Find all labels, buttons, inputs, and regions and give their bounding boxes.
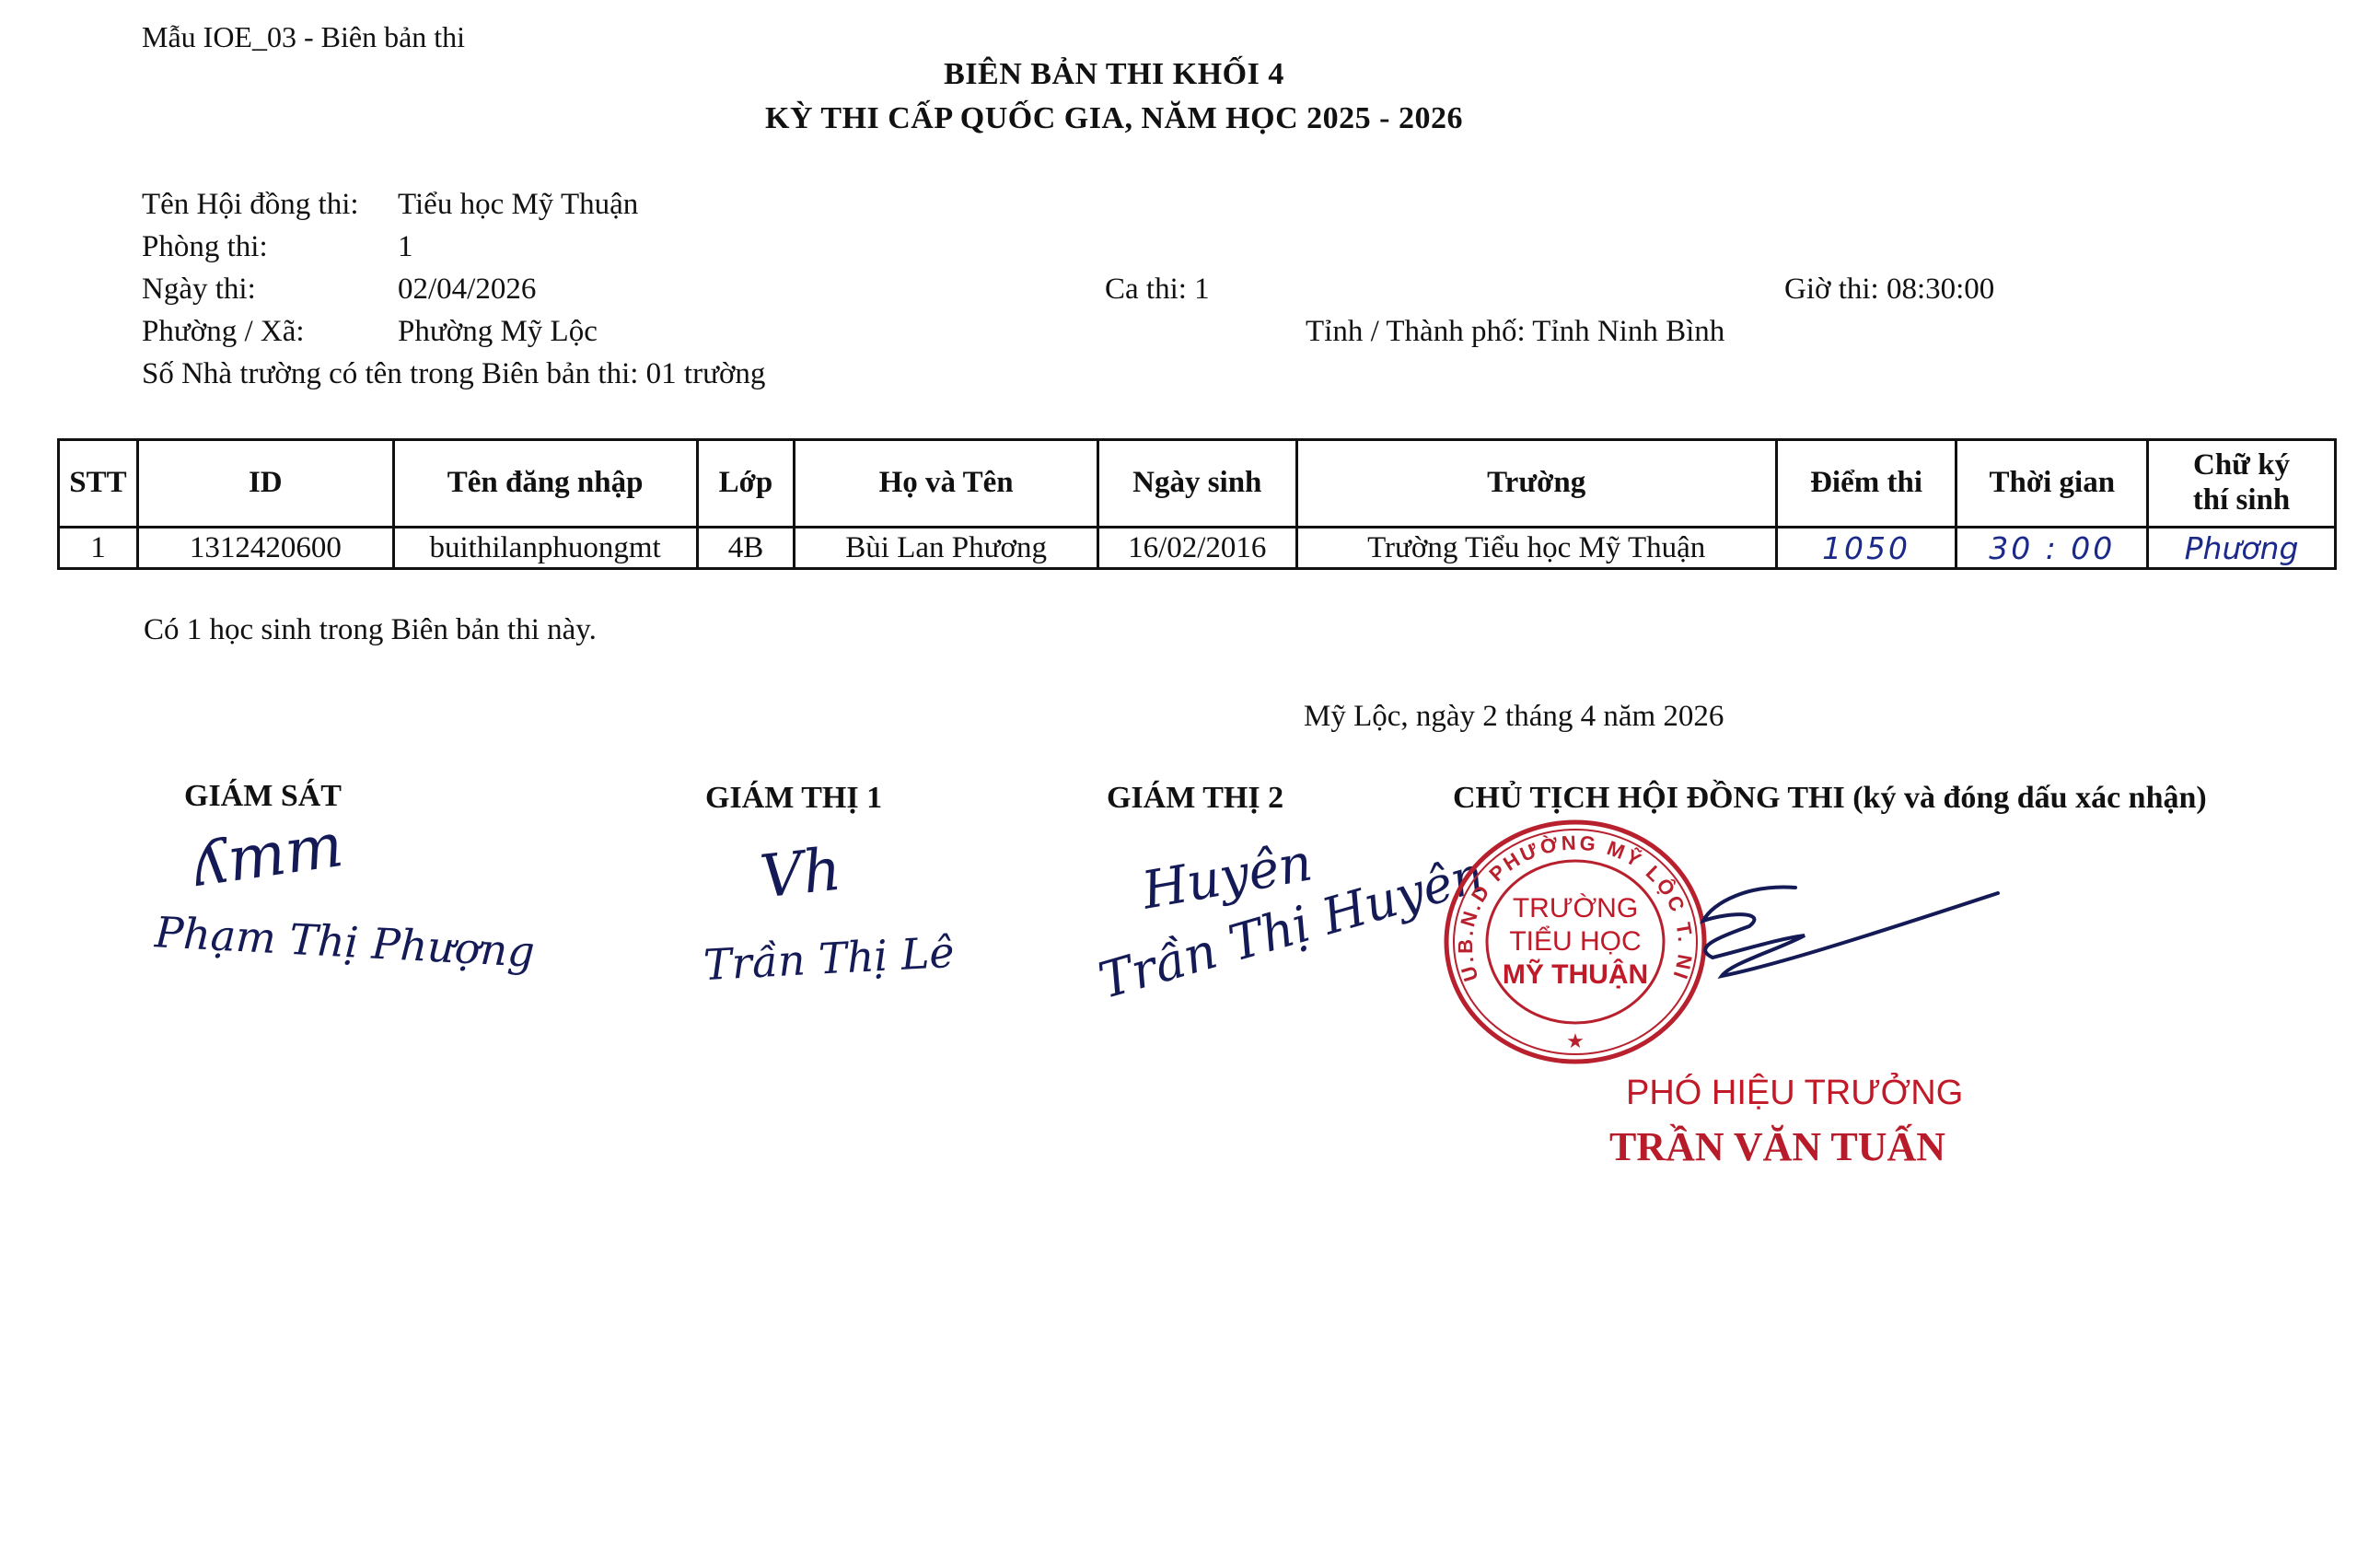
council-value: Tiểu học Mỹ Thuận xyxy=(398,188,638,221)
summary-text: Có 1 học sinh trong Biên bản thi này. xyxy=(144,613,597,647)
svg-text:★: ★ xyxy=(1566,1029,1585,1052)
supervisor-handwritten-name: Phạm Thị Phượng xyxy=(154,907,536,977)
document-subtitle: KỲ THI CẤP QUỐC GIA, NĂM HỌC 2025 - 2026 xyxy=(0,101,2293,136)
room-row: Phòng thi:1 xyxy=(142,230,413,264)
stamp-line1: TRƯỜNG xyxy=(1442,893,1709,924)
candidate-table: STT ID Tên đăng nhập Lớp Họ và Tên Ngày … xyxy=(57,438,2337,570)
ward-value: Phường Mỹ Lộc xyxy=(398,315,598,348)
col-header-time: Thời gian xyxy=(1956,440,2148,528)
cell-username: buithilanphuongmt xyxy=(393,528,697,569)
council-row: Tên Hội đồng thi:Tiểu học Mỹ Thuận xyxy=(142,188,638,222)
exam-time: Giờ thi: 08:30:00 xyxy=(1784,273,1994,307)
cell-name: Bùi Lan Phương xyxy=(795,528,1097,569)
cell-student-signature: Phương xyxy=(2148,528,2336,569)
cell-stt: 1 xyxy=(59,528,138,569)
chair-position: PHÓ HIỆU TRƯỞNG xyxy=(1626,1074,1963,1113)
col-header-id: ID xyxy=(137,440,393,528)
chair-signature-icon xyxy=(1694,875,2007,1013)
chair-title: CHỦ TỊCH HỘI ĐỒNG THI (ký và đóng dấu xá… xyxy=(1453,781,2207,816)
shift: Ca thi: 1 xyxy=(1105,273,1210,307)
cell-dob: 16/02/2016 xyxy=(1097,528,1296,569)
proctor1-signature-scribble: Vh xyxy=(757,836,844,912)
col-header-class: Lớp xyxy=(697,440,795,528)
col-header-name: Họ và Tên xyxy=(795,440,1097,528)
province: Tỉnh / Thành phố: Tỉnh Ninh Bình xyxy=(1306,315,1724,349)
col-header-score: Điểm thi xyxy=(1776,440,1956,528)
stamp-line2: TIỂU HỌC xyxy=(1442,926,1709,958)
table-row: 1 1312420600 buithilanphuongmt 4B Bùi La… xyxy=(59,528,2336,569)
supervisor-signature-scribble: ʎmm xyxy=(189,809,347,900)
cell-class: 4B xyxy=(697,528,795,569)
col-header-signature: Chữ ký thí sinh xyxy=(2148,440,2336,528)
council-label: Tên Hội đồng thi: xyxy=(142,188,398,222)
date-value: 02/04/2026 xyxy=(398,273,536,306)
school-count: Số Nhà trường có tên trong Biên bản thi:… xyxy=(142,357,765,391)
col-header-dob: Ngày sinh xyxy=(1097,440,1296,528)
proctor1-handwritten-name: Trần Thị Lê xyxy=(702,927,956,990)
signature-header-line1: Chữ ký xyxy=(2193,448,2290,482)
room-value: 1 xyxy=(398,230,413,263)
table-header-row: STT ID Tên đăng nhập Lớp Họ và Tên Ngày … xyxy=(59,440,2336,528)
col-header-school: Trường xyxy=(1296,440,1776,528)
col-header-stt: STT xyxy=(59,440,138,528)
cell-time-handwritten: 30 : 00 xyxy=(1956,528,2148,569)
proctor2-title: GIÁM THỊ 2 xyxy=(1107,781,1283,816)
date-label: Ngày thi: xyxy=(142,273,398,307)
supervisor-title: GIÁM SÁT xyxy=(184,779,342,814)
stamp-line3: MỸ THUẬN xyxy=(1442,959,1709,991)
school-stamp: U.B.N.D PHƯỜNG MỸ LỘC T. NINH BÌNH ★ TRƯ… xyxy=(1442,818,1709,1066)
form-code: Mẫu IOE_03 - Biên bản thi xyxy=(142,20,465,54)
ward-label: Phường / Xã: xyxy=(142,315,398,349)
cell-id: 1312420600 xyxy=(137,528,393,569)
col-header-username: Tên đăng nhập xyxy=(393,440,697,528)
ward-row: Phường / Xã:Phường Mỹ Lộc xyxy=(142,315,598,349)
signature-header-line2: thí sinh xyxy=(2193,483,2290,517)
room-label: Phòng thi: xyxy=(142,230,398,264)
document-title: BIÊN BẢN THI KHỐI 4 xyxy=(0,57,2293,92)
chair-name: TRẦN VĂN TUẤN xyxy=(1609,1123,1945,1170)
cell-score-handwritten: 1050 xyxy=(1776,528,1956,569)
cell-school: Trường Tiểu học Mỹ Thuận xyxy=(1296,528,1776,569)
place-date: Mỹ Lộc, ngày 2 tháng 4 năm 2026 xyxy=(1304,700,1724,734)
proctor1-title: GIÁM THỊ 1 xyxy=(705,781,882,816)
date-row: Ngày thi:02/04/2026 xyxy=(142,273,536,307)
